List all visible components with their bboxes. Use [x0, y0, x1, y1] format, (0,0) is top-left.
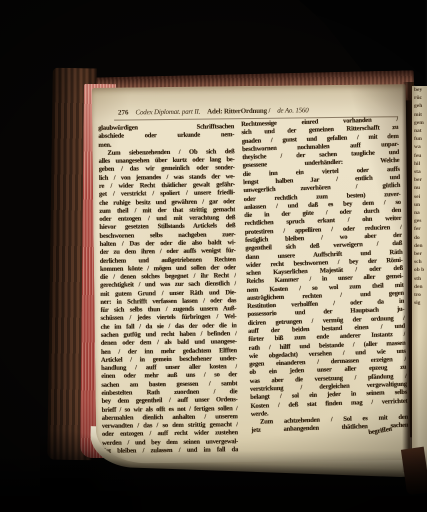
edge-text-fragment: un: [412, 201, 427, 209]
edge-text-fragment: nat: [412, 127, 427, 135]
text-columns: glaubwürdigen Schrifftsachenabschiede od…: [98, 121, 402, 456]
text-line: abschiede oder urkunde nem-: [98, 131, 234, 141]
book-cover-bottom-right: [401, 447, 427, 496]
page-header: 276 Codex Diplomat. part II. Adel: Ritte…: [118, 105, 396, 116]
edge-text-fragment: sth: [412, 275, 427, 283]
edge-text-fragment: sig: [412, 299, 427, 307]
page-number: 276: [118, 108, 129, 116]
edge-text-fragment: den: [412, 283, 427, 291]
edge-text-fragment: hil: [412, 160, 427, 168]
header-work-title: Codex Diplomat. part II.: [135, 108, 200, 117]
edge-text-fragment: den: [412, 242, 427, 250]
edge-text-fragment: gem: [412, 119, 427, 127]
edge-text-fragment: rüc: [412, 94, 427, 102]
edge-text-fragment: wa: [412, 143, 427, 151]
edge-text-fragment: mit: [412, 111, 427, 119]
text-column-left: glaubwürdigen Schrifftsachenabschiede od…: [98, 123, 238, 456]
edge-text-fragment: bey: [412, 86, 427, 94]
edge-text-fragment: geh: [412, 102, 427, 110]
edge-text-fragment: ob b: [412, 266, 427, 274]
edge-text-fragment: ber: [412, 250, 427, 258]
edge-text-fragment: ges: [412, 217, 427, 225]
edge-text-fragment: nu: [412, 184, 427, 192]
edge-text-fragment: ber: [412, 176, 427, 184]
header-section-title: Adel: RitterOrdnung /: [207, 107, 270, 116]
edge-text-fragment: sch: [412, 258, 427, 266]
edge-text-fragment: fun: [412, 135, 427, 143]
edge-text-fragment: tro: [412, 291, 427, 299]
edge-text-fragment: fer: [412, 225, 427, 233]
edge-text-fragment: na: [412, 209, 427, 217]
text-line: tigt bleiben / zulassen / und im fall da: [102, 446, 238, 456]
book-page: 276 Codex Diplomat. part II. Adel: Ritte…: [92, 84, 411, 464]
text-column-right-lines: Rechtmessige einred vorhanden /sich und …: [241, 116, 408, 436]
header-date: de Ao. 1560: [277, 106, 308, 114]
edge-text-fragment: sta: [412, 168, 427, 176]
edge-text-fragment: feu: [412, 152, 427, 160]
next-page-edge: beyrücgehmitgemnatfunwafeuhilstabernusei…: [412, 86, 427, 470]
book-photo: 276 Codex Diplomat. part II. Adel: Ritte…: [0, 0, 427, 512]
text-column-right: Rechtmessige einred vorhanden /sich und …: [241, 116, 409, 452]
edge-text-fragment: sei: [412, 193, 427, 201]
edge-text-fragment: do: [412, 234, 427, 242]
